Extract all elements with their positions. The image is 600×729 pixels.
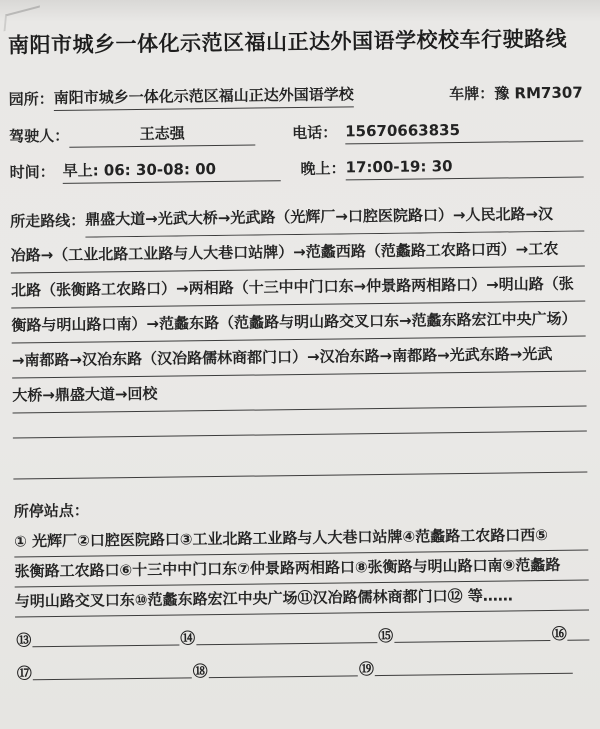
blank-rule-line xyxy=(32,643,179,647)
blank-rule-line xyxy=(196,641,377,645)
phone-value: 15670663835 xyxy=(345,117,583,145)
driver-phone-row: 驾驶人： 王志强 电话： 15670663835 xyxy=(9,117,583,149)
pen-mark xyxy=(4,5,40,31)
plate-label: 车牌： xyxy=(449,82,494,107)
document-sheet: 南阳市城乡一体化示范区福山正达外国语学校校车行驶路线 园所： 南阳市城乡一体化示… xyxy=(0,0,600,729)
school-value: 南阳市城乡一体化示范区福山正达外国语学校 xyxy=(54,82,354,111)
driver-value: 王志强 xyxy=(69,121,255,148)
school-label: 园所： xyxy=(9,87,54,112)
circled-number: ⑮ xyxy=(377,626,394,646)
morning-time-value: 早上: 06: 30-08: 00 xyxy=(62,156,280,184)
circled-number: ⑲ xyxy=(358,659,375,679)
time-row: 时间： 早上: 06: 30-08: 00 晚上： 17:00-19: 30 xyxy=(9,153,583,185)
blank-rule-line xyxy=(394,639,551,643)
circled-number: ⑯ xyxy=(551,624,568,644)
evening-time-value: 17:00-19: 30 xyxy=(345,153,583,181)
circled-number: ⑰ xyxy=(16,663,33,683)
route-label: 所走路线： xyxy=(10,204,85,239)
circled-number: ⑭ xyxy=(179,628,196,648)
blank-rule-line xyxy=(13,432,587,480)
document-page: 南阳市城乡一体化示范区福山正达外国语学校校车行驶路线 园所： 南阳市城乡一体化示… xyxy=(0,0,600,729)
blank-rule-line xyxy=(33,676,192,680)
plate-value: 豫 RM7307 xyxy=(494,81,583,106)
blank-rule-line xyxy=(209,674,358,678)
document-title: 南阳市城乡一体化示范区福山正达外国语学校校车行驶路线 xyxy=(8,24,582,61)
extra-stops-row-2: ⑰ ⑱ ⑲ xyxy=(15,643,589,683)
circled-number: ⑬ xyxy=(15,630,32,650)
stops-section: ① 光辉厂②口腔医院路口③工业北路工业路与人大巷口站牌④范蠡路工农路口西⑤ 张衡… xyxy=(14,520,589,617)
stops-label: 所停站点： xyxy=(14,493,588,522)
blank-rule-line xyxy=(375,672,572,676)
route-section: 所走路线： 鼎盛大道→光武大桥→光武路（光辉厂→口腔医院路口）→人民北路→汉 冶… xyxy=(10,197,587,480)
evening-label: 晚上： xyxy=(300,156,345,181)
blank-rule-line xyxy=(568,638,590,640)
school-plate-row: 园所： 南阳市城乡一体化示范区福山正达外国语学校 车牌： 豫 RM7307 xyxy=(9,80,583,112)
time-label: 时间： xyxy=(9,160,54,185)
circled-number: ⑱ xyxy=(192,661,209,681)
driver-label: 驾驶人： xyxy=(9,124,69,149)
phone-label: 电话： xyxy=(292,121,337,146)
